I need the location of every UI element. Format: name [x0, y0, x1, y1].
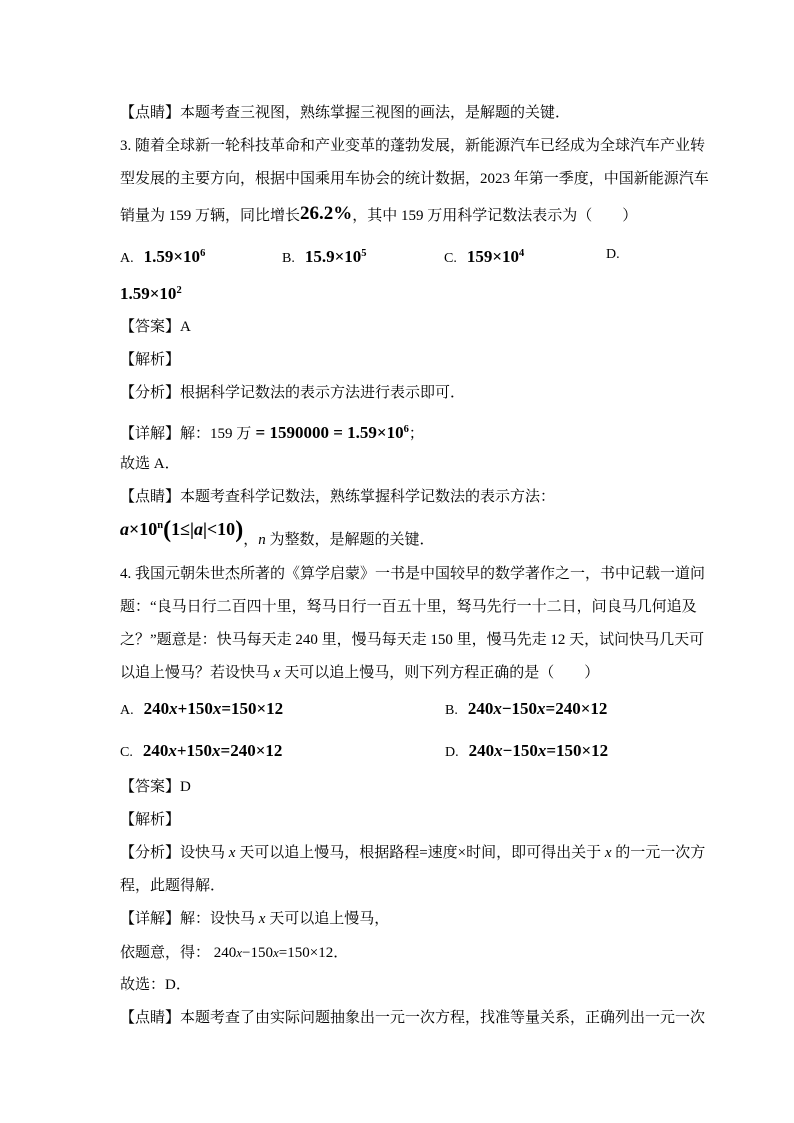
q3-option-d-base: 1.59×10	[120, 284, 176, 303]
q3-stem-line-3-pre: 销量为 159 万辆，同比增长	[120, 208, 300, 224]
q4-xiangjie-post: 天可以追上慢马，	[265, 911, 389, 927]
q4-b-op: −	[502, 699, 512, 718]
q4-c-x2: x	[212, 741, 221, 760]
formula-paren-open: (	[163, 517, 171, 543]
q3-growth-value: 26.2%	[300, 203, 352, 224]
q3-option-a-label: A.	[120, 251, 134, 266]
q3-option-d-label: D.	[606, 247, 620, 262]
q4-detail-equation: 240x−150x=150×12	[214, 945, 333, 961]
q3-xiangjie-post: ；	[409, 426, 424, 442]
q4-a-n2: 150	[187, 699, 213, 718]
q4-d-rhs: =150×12	[546, 741, 608, 760]
q4-c-n2: 150	[187, 741, 213, 760]
q3-formula-trail-post: 为整数，是解题的关键．	[266, 532, 435, 548]
q4-answer-label: 【答案】	[120, 779, 180, 795]
formula-var-a: a	[120, 519, 129, 539]
q3-stem-line-3-post: ，其中 159 万用科学记数法表示为（ ）	[352, 208, 637, 224]
q3-xiangjie-eq-base: = 1590000 = 1.59×10	[251, 423, 403, 442]
q4-option-c: C.240x+150x=240×12	[120, 732, 445, 769]
formula-abs-var: a	[194, 519, 203, 539]
q3-option-c-value: 159×104	[467, 247, 524, 266]
document-page: 【点睛】本题考查三视图，熟练掌握三视图的画法，是解题的关键． 3. 随着全球新一…	[0, 0, 794, 1123]
q4-stem-line-4-post: 天可以追上慢马，则下列方程正确的是（ ）	[280, 665, 599, 681]
q4-b-x2: x	[537, 699, 546, 718]
q4-c-op: +	[177, 741, 187, 760]
q4-c-n1: 240	[143, 741, 169, 760]
q4-c-x1: x	[168, 741, 177, 760]
q3-formula-line: a×10n(1≤|a|<10)，n 为整数，是解题的关键．	[120, 514, 676, 556]
q3-dianjing-line-1: 【点睛】本题考查科学记数法，熟练掌握科学记数法的表示方法：	[120, 481, 676, 514]
q4-dianjing-line: 【点睛】本题考查了由实际问题抽象出一元一次方程，找准等量关系，正确列出一元一次	[120, 1002, 676, 1035]
q4-option-a-equation: 240x+150x=150×12	[144, 699, 284, 718]
q3-answer-label: 【答案】	[120, 319, 180, 335]
formula-cond-pre: 1≤|	[171, 519, 194, 539]
q4-eq-n1: 240	[214, 945, 237, 961]
q4-stem-line-3: 之？”题意是：快马每天走 240 里，慢马每天走 150 里，慢马先走 12 天…	[120, 624, 676, 657]
q4-a-n1: 240	[144, 699, 170, 718]
formula-times-ten: ×10	[129, 519, 157, 539]
q4-b-n1: 240	[468, 699, 494, 718]
q4-eq-op: −	[242, 945, 250, 961]
q4-option-b-equation: 240x−150x=240×12	[468, 699, 608, 718]
q3-options-row: A.1.59×106 B.15.9×105 C.159×104 D.	[120, 235, 676, 273]
q4-d-x1: x	[494, 741, 503, 760]
q3-option-d-value-line: 1.59×102	[120, 273, 676, 309]
formula-paren-close: )	[235, 517, 243, 543]
q3-stem-line-3: 销量为 159 万辆，同比增长26.2%，其中 159 万用科学记数法表示为（ …	[120, 196, 676, 231]
q4-d-n2: 150	[512, 741, 538, 760]
q3-option-d-exp: 2	[176, 285, 181, 296]
q4-fenxi-mid: 天可以追上慢马，根据路程=速度×时间，即可得出关于	[235, 845, 604, 861]
q4-d-n1: 240	[469, 741, 495, 760]
q4-xiangjie-line: 【详解】解：设快马 x 天可以追上慢马，	[120, 903, 676, 936]
q4-yitiyi-pre: 依题意，得：	[120, 945, 214, 961]
document-content: 【点睛】本题考查三视图，熟练掌握三视图的画法，是解题的关键． 3. 随着全球新一…	[120, 97, 676, 1035]
q4-xiangjie-pre: 【详解】解：设快马	[120, 911, 259, 927]
q4-fenxi-line-1: 【分析】设快马 x 天可以追上慢马，根据路程=速度×时间，即可得出关于 x 的一…	[120, 837, 676, 870]
q3-option-a-base: 1.59×10	[144, 247, 200, 266]
q3-answer-value: A	[180, 319, 191, 335]
q3-answer-line: 【答案】A	[120, 311, 676, 344]
q4-answer-line: 【答案】D	[120, 771, 676, 804]
q4-b-x1: x	[493, 699, 502, 718]
q4-answer-value: D	[180, 779, 191, 795]
prev-question-note: 【点睛】本题考查三视图，熟练掌握三视图的画法，是解题的关键．	[120, 97, 676, 130]
q3-option-c: C.159×104	[444, 235, 606, 273]
scientific-notation-formula: a×10n(1≤|a|<10)	[120, 519, 243, 539]
q4-eq-n2: 150	[251, 945, 274, 961]
q4-option-a-label: A.	[120, 703, 134, 718]
q4-c-rhs: =240×12	[221, 741, 283, 760]
q4-option-c-label: C.	[120, 745, 133, 760]
q4-a-x1: x	[169, 699, 178, 718]
q4-jiexi-line: 【解析】	[120, 804, 676, 837]
q3-option-b: B.15.9×105	[282, 235, 444, 273]
q4-guxuan-line: 故选：D．	[120, 969, 676, 1002]
q4-options-row-ab: A.240x+150x=150×12 B.240x−150x=240×12	[120, 690, 676, 727]
q4-eq-rhs: =150×12	[279, 945, 333, 961]
q4-eq-end: ．	[333, 945, 348, 961]
formula-cond-post: |<10	[203, 519, 235, 539]
q4-a-op: +	[178, 699, 188, 718]
q4-fenxi-post: 的一元一次方	[612, 845, 706, 861]
q4-stem-line-4: 以追上慢马？若设快马 x 天可以追上慢马，则下列方程正确的是（ ）	[120, 657, 676, 690]
q3-formula-trail-n: n	[258, 532, 266, 548]
q4-option-d-equation: 240x−150x=150×12	[469, 741, 609, 760]
q3-xiangjie-equation: = 1590000 = 1.59×106	[251, 423, 409, 442]
q3-option-a: A.1.59×106	[120, 235, 282, 273]
q3-option-c-label: C.	[444, 251, 457, 266]
q4-options-row-cd: C.240x+150x=240×12 D.240x−150x=150×12	[120, 732, 676, 769]
q4-fenxi-line-2: 程，此题得解．	[120, 870, 676, 903]
q4-option-d-label: D.	[445, 745, 459, 760]
q3-jiexi-line: 【解析】	[120, 344, 676, 377]
q4-option-d: D.240x−150x=150×12	[445, 732, 608, 769]
q4-b-rhs: =240×12	[546, 699, 608, 718]
q3-option-b-value: 15.9×105	[305, 247, 367, 266]
q3-formula-trail-pre: ，	[243, 532, 258, 548]
q4-fenxi-x2: x	[605, 845, 612, 861]
q4-option-b: B.240x−150x=240×12	[445, 690, 607, 727]
q4-stem-line-1: 4. 我国元朝朱世杰所著的《算学启蒙》一书是中国较早的数学著作之一，书中记载一道…	[120, 558, 676, 591]
q4-stem-line-4-pre: 以追上慢马？若设快马	[120, 665, 274, 681]
q3-stem-line-1: 3. 随着全球新一轮科技革命和产业变革的蓬勃发展，新能源汽车已经成为全球汽车产业…	[120, 130, 676, 163]
q3-xiangjie-line: 【详解】解：159 万 = 1590000 = 1.59×106；	[120, 412, 676, 448]
q4-option-a: A.240x+150x=150×12	[120, 690, 445, 727]
q4-yitiyi-line: 依题意，得： 240x−150x=150×12．	[120, 936, 676, 969]
q3-fenxi-line: 【分析】根据科学记数法的表示方法进行表示即可．	[120, 377, 676, 410]
q3-option-b-exp: 5	[361, 248, 366, 259]
q4-fenxi-pre: 【分析】设快马	[120, 845, 229, 861]
q3-option-c-base: 159×10	[467, 247, 519, 266]
q3-option-d: D.	[606, 235, 630, 273]
q3-option-d-value: 1.59×102	[120, 284, 182, 303]
q3-option-b-base: 15.9×10	[305, 247, 361, 266]
q4-option-c-equation: 240x+150x=240×12	[143, 741, 283, 760]
q4-b-n2: 150	[512, 699, 538, 718]
q4-a-rhs: =150×12	[221, 699, 283, 718]
q3-option-c-exp: 4	[519, 248, 524, 259]
q3-option-a-value: 1.59×106	[144, 247, 206, 266]
q3-stem-line-2: 型发展的主要方向，根据中国乘用车协会的统计数据，2023 年第一季度，中国新能源…	[120, 163, 676, 196]
q3-xiangjie-pre: 【详解】解：159 万	[120, 426, 251, 442]
q4-option-b-label: B.	[445, 703, 458, 718]
q4-d-op: −	[503, 741, 513, 760]
q3-option-b-label: B.	[282, 251, 295, 266]
q3-option-a-exp: 6	[200, 248, 205, 259]
q3-guxuan-line: 故选 A．	[120, 448, 676, 481]
q4-stem-line-2: 题：“良马日行二百四十里，驽马日行一百五十里，驽马先行一十二日，问良马几何追及	[120, 591, 676, 624]
